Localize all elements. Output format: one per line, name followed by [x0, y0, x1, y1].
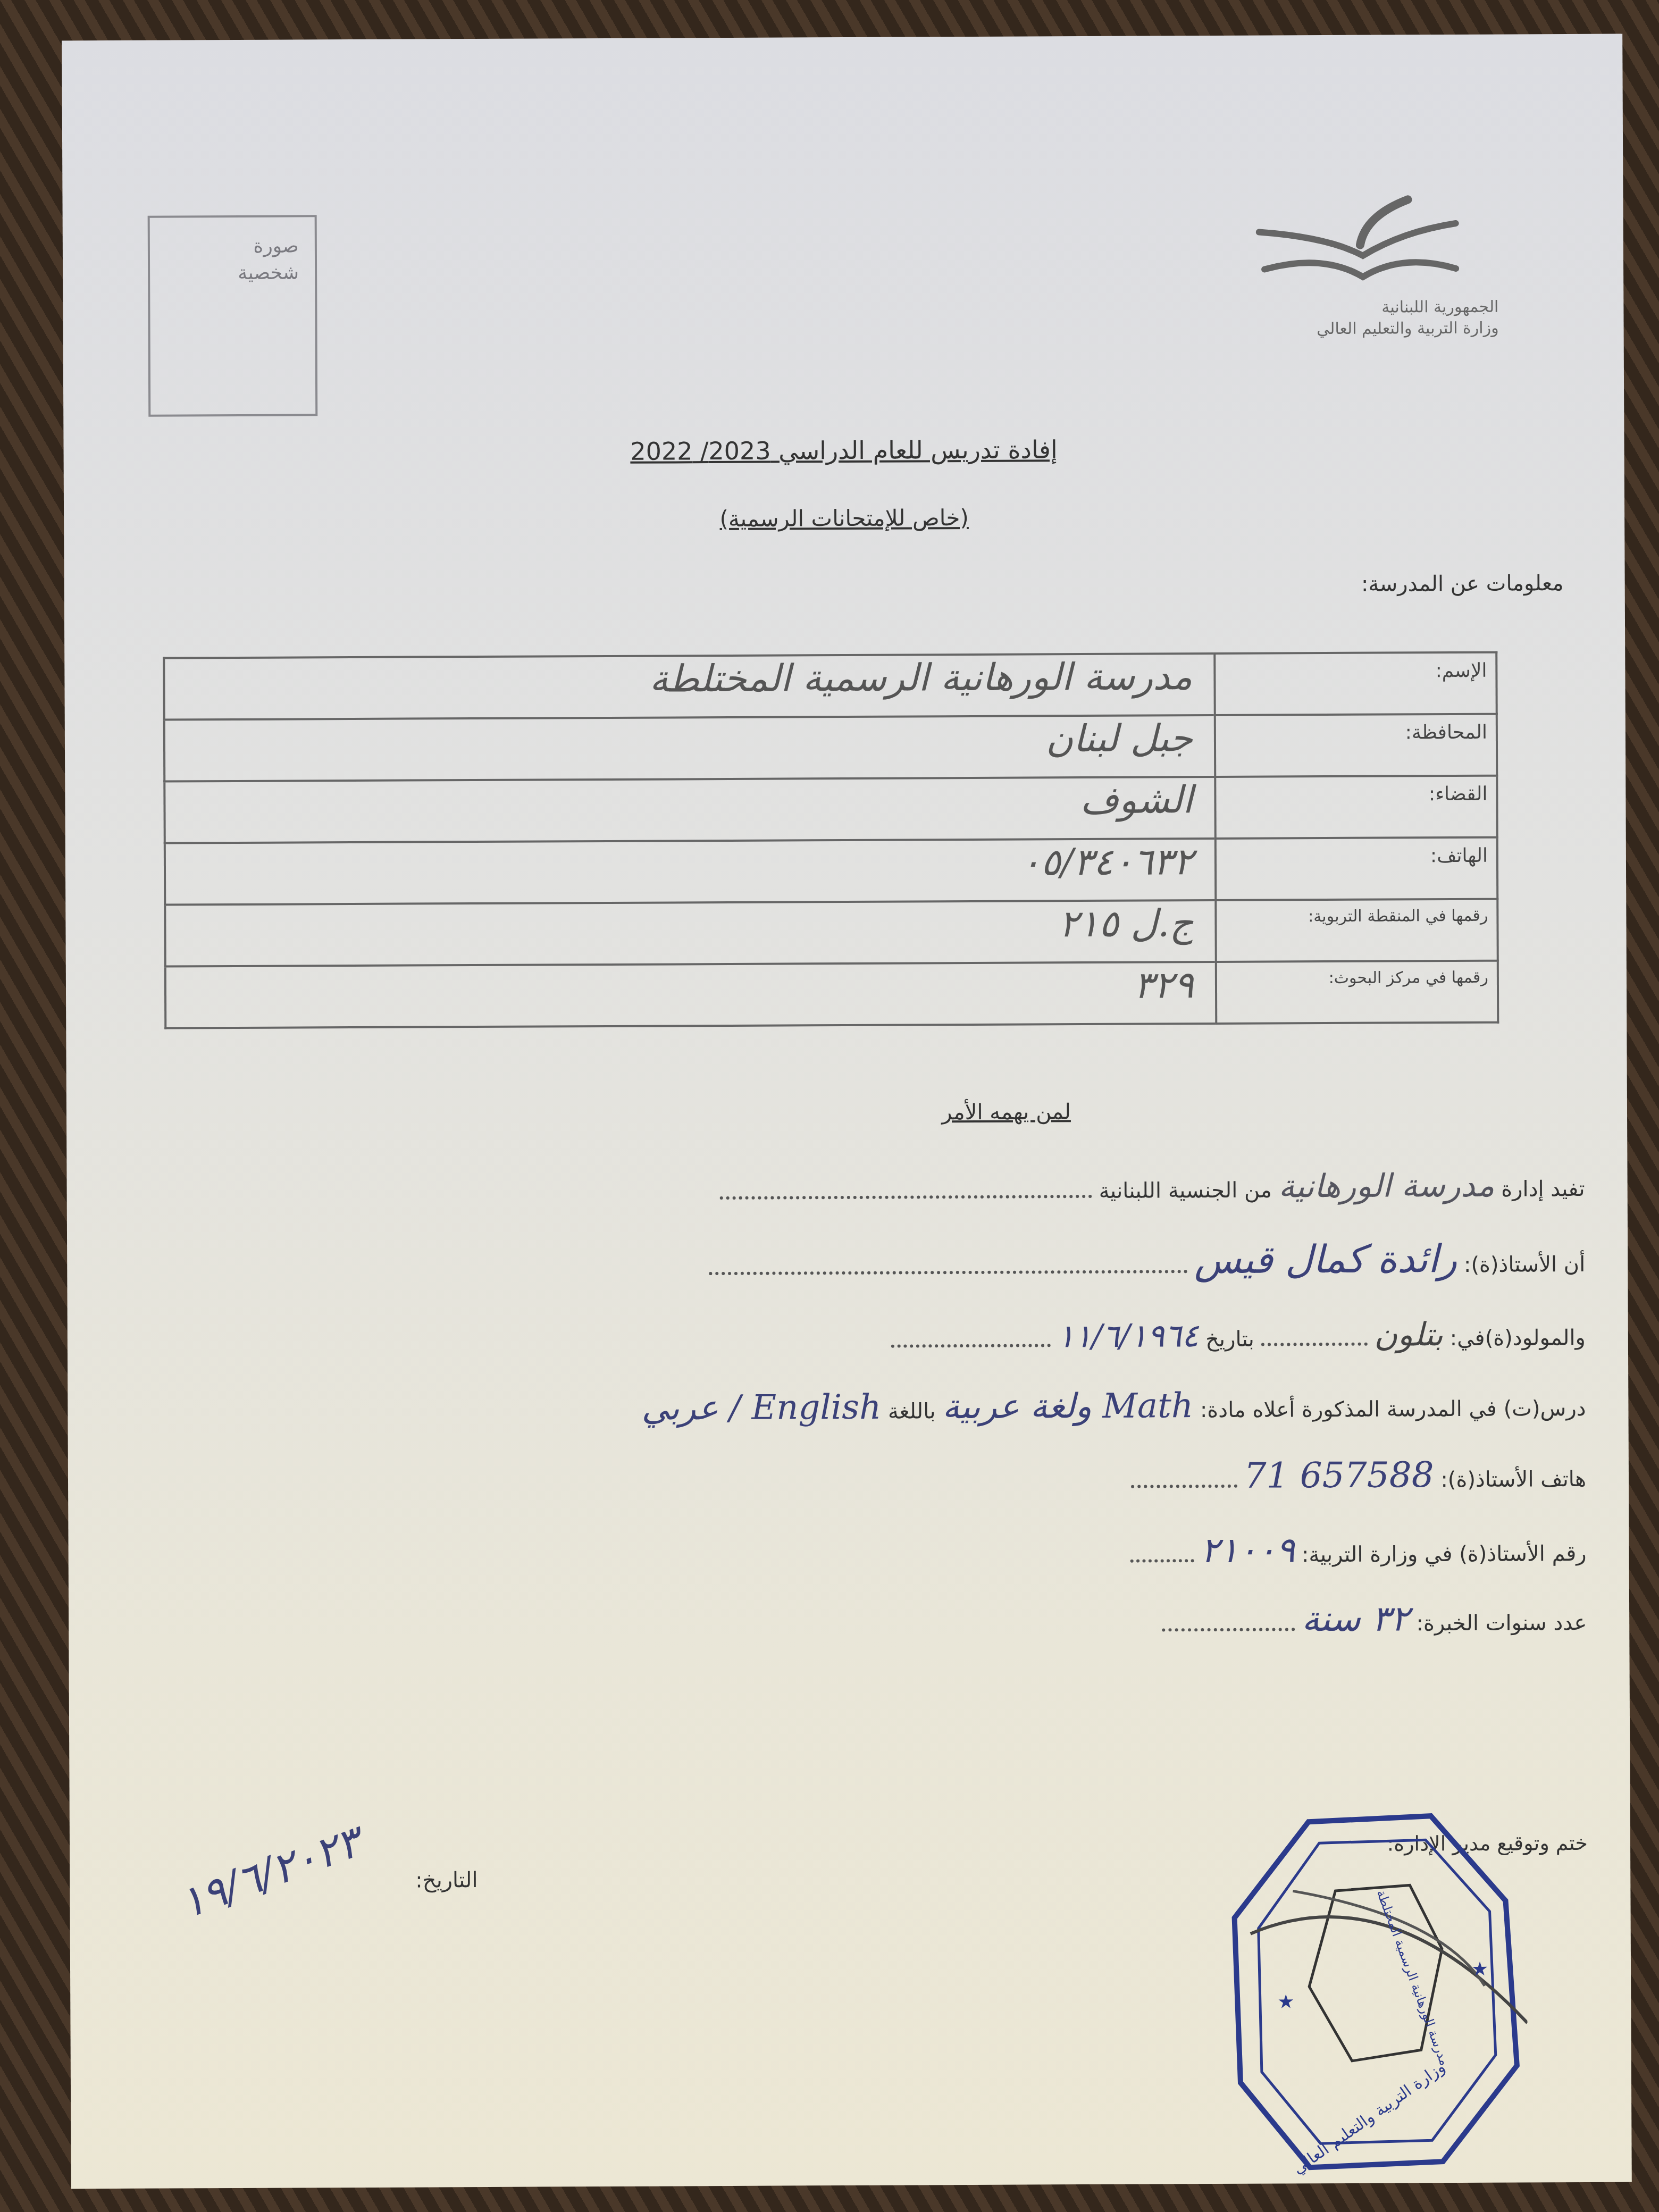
table-row: القضاء: الشوف [164, 776, 1497, 843]
birthdate-label: بتاريخ [1205, 1327, 1254, 1352]
date-label: التاريخ: [415, 1868, 478, 1893]
line-ministry-number: رقم الأستاذ(ة) في وزارة التربية: ٢١٠٠٩ [1130, 1528, 1587, 1571]
label-phone: الهاتف: [1216, 837, 1498, 900]
birthdate-value: ١١/٦/١٩٦٤ [1057, 1317, 1199, 1355]
line-subject: درس(ت) في المدرسة المذكورة أعلاه مادة: M… [641, 1385, 1586, 1428]
photo-label: صورة شخصية [238, 233, 299, 287]
administration-value: مدرسة الورهانية [1278, 1167, 1494, 1205]
line-administration: تفيد إدارة مدرسة الورهانية من الجنسية ال… [720, 1167, 1585, 1208]
label-research-center-number: رقمها في مركز البحوث: [1216, 961, 1498, 1024]
table-row: الإسم: مدرسة الورهانية الرسمية المختلطة [164, 652, 1496, 720]
open-book-icon [1243, 188, 1520, 296]
line-birth: والمولود(ة)في: بتلون بتاريخ ١١/٦/١٩٦٤ [891, 1316, 1585, 1356]
birthplace-value: بتلون [1374, 1316, 1443, 1354]
document-page: صورة شخصية الجمهورية اللبنانية وزارة الت… [62, 34, 1632, 2189]
birthplace-label: والمولود(ة)في: [1450, 1326, 1586, 1351]
ministry-number-value: ٢١٠٠٩ [1201, 1529, 1295, 1571]
document-subtitle: (خاص للإمتحانات الرسمية) [64, 502, 1624, 535]
nationality-label: من الجنسية اللبنانية [1099, 1178, 1271, 1203]
table-row: رقمها في المنقطة التربوية: ج.ل ٢١٥ [165, 899, 1497, 967]
administration-prefix: تفيد إدارة [1501, 1177, 1585, 1202]
label-name: الإسم: [1214, 652, 1497, 715]
table-row: الهاتف: ٠٥/٣٤٠٦٣٢ [165, 837, 1497, 905]
teacher-phone-value: 71 657588 [1244, 1454, 1434, 1496]
label-educational-zone-number: رقمها في المنقطة التربوية: [1216, 899, 1498, 962]
school-info-table: الإسم: مدرسة الورهانية الرسمية المختلطة … [163, 651, 1499, 1029]
label-governorate: المحافظة: [1215, 714, 1497, 777]
svg-text:★: ★ [1471, 1958, 1488, 1980]
language-label: باللغة [888, 1399, 936, 1423]
value-research-center-number: ٣٢٩ [165, 962, 1216, 1028]
line-teacher-phone: هاتف الأستاذ(ة): 71 657588 [1131, 1454, 1586, 1497]
photo-placeholder-box: صورة شخصية [148, 215, 318, 416]
document-title: إفادة تدريس للعام الدراسي 2023/ 2022 [63, 433, 1624, 468]
republic-label: الجمهورية اللبنانية [1381, 298, 1498, 317]
value-school-name: مدرسة الورهانية الرسمية المختلطة [164, 653, 1214, 720]
experience-label: عدد سنوات الخبرة: [1416, 1611, 1587, 1636]
ministry-logo: الجمهورية اللبنانية وزارة التربية والتعل… [1243, 188, 1520, 365]
octagonal-school-stamp-icon: ★ ★ وزارة التربية والتعليم العالي مدرسة … [1229, 1810, 1528, 2173]
certificate-heading: لمن يهمه الأمر [66, 1097, 1627, 1129]
photo-label-line2: شخصية [238, 260, 299, 287]
ministry-label: وزارة التربية والتعليم العالي [1317, 319, 1499, 338]
table-row: المحافظة: جبل لبنان [164, 714, 1497, 782]
teacher-label: أن الأستاذ(ة): [1464, 1252, 1586, 1277]
teacher-phone-label: هاتف الأستاذ(ة): [1440, 1467, 1586, 1492]
line-experience: عدد سنوات الخبرة: ٣٢ سنة [1162, 1597, 1587, 1640]
language-value: English / عربي [641, 1388, 881, 1428]
ministry-number-label: رقم الأستاذ(ة) في وزارة التربية: [1302, 1541, 1587, 1567]
value-governorate: جبل لبنان [164, 715, 1215, 782]
line-teacher-name: أن الأستاذ(ة): رائدة كمال قيس [709, 1236, 1585, 1284]
svg-text:★: ★ [1277, 1991, 1294, 2013]
subject-label: درس(ت) في المدرسة المذكورة أعلاه مادة: [1200, 1396, 1586, 1422]
date-value: ١٩/٦/٢٠٢٣ [173, 1816, 367, 1928]
table-row: رقمها في مركز البحوث: ٣٢٩ [165, 961, 1498, 1028]
photo-label-line1: صورة [238, 233, 299, 260]
value-district: الشوف [164, 777, 1215, 843]
school-info-heading: معلومات عن المدرسة: [1361, 571, 1564, 597]
subject-value: Math ولغة عربية [942, 1386, 1193, 1427]
experience-value: ٣٢ سنة [1302, 1598, 1410, 1639]
value-educational-zone-number: ج.ل ٢١٥ [165, 900, 1216, 967]
label-district: القضاء: [1215, 776, 1497, 839]
teacher-name-value: رائدة كمال قيس [1194, 1236, 1457, 1282]
value-phone: ٠٥/٣٤٠٦٣٢ [165, 839, 1216, 905]
